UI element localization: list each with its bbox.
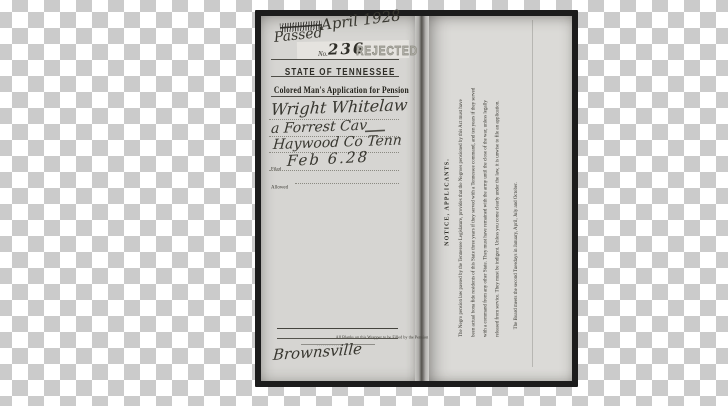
book-fold-gutter	[415, 16, 429, 381]
rejected-stamp: REJECTED	[356, 43, 418, 58]
state-title: STATE OF TENNESSEE	[271, 62, 399, 80]
underline-filed	[269, 170, 399, 171]
rule-middle	[271, 76, 399, 77]
page-crease-line	[532, 20, 533, 367]
notice-line: The Negro pension law passed by the Tenn…	[455, 67, 467, 337]
allowed-label: Allowed	[271, 177, 302, 195]
notice-line: with a command from any other State. The…	[479, 67, 491, 337]
right-page: NOTICE, APPLICANTS. The Negro pension la…	[429, 16, 572, 381]
allowed-label-text: Allowed	[271, 184, 288, 190]
entry-name: Wright Whitelaw	[270, 95, 408, 119]
form-title-text: Colored Man's Application for Pension	[274, 85, 409, 95]
rule-top	[271, 59, 399, 60]
left-page: April 1928 Passed No. 236 REJECTED STATE…	[261, 16, 415, 381]
entry-filed: Feb 6.28	[287, 148, 370, 170]
notice-heading: NOTICE, APPLICANTS.	[444, 67, 451, 337]
document-pages: April 1928 Passed No. 236 REJECTED STATE…	[261, 16, 572, 381]
document-scan-frame: April 1928 Passed No. 236 REJECTED STATE…	[255, 10, 578, 387]
notice-closing-line: The Board meets the second Tuesdays in J…	[510, 67, 522, 337]
rotated-notice-block: NOTICE, APPLICANTS. The Negro pension la…	[444, 67, 532, 337]
png-transparency-canvas: April 1928 Passed No. 236 REJECTED STATE…	[0, 0, 728, 406]
number-label: No.	[318, 50, 328, 58]
underline-allowed	[295, 183, 399, 184]
notice-line: been actual bona fide residents of this …	[467, 67, 479, 337]
handwritten-date: April 1928	[320, 6, 402, 34]
notice-line: released from service. They must be indi…	[491, 67, 503, 337]
